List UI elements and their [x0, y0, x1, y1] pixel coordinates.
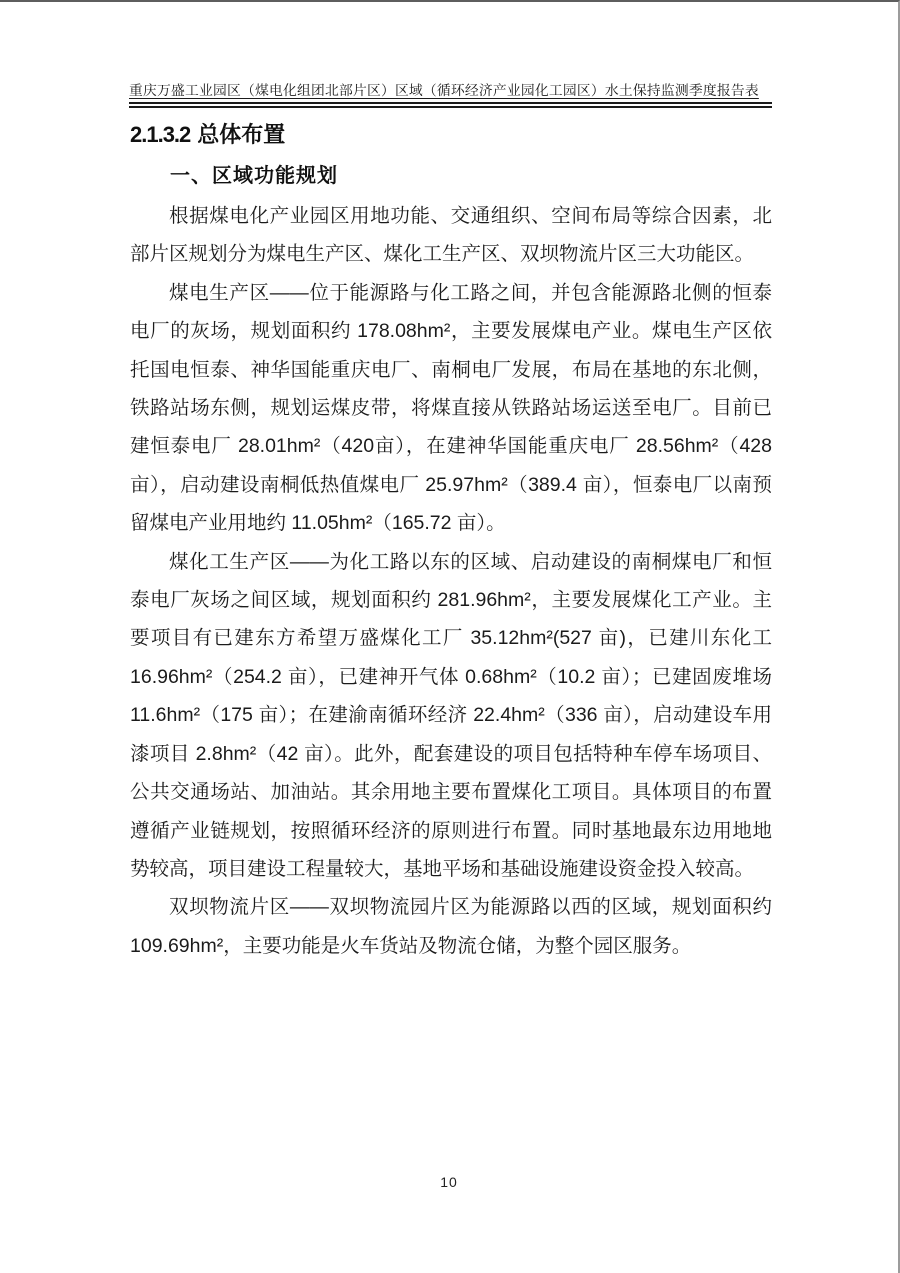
paragraph-shuangba-logistics-zone: 双坝物流片区——双坝物流园片区为能源路以西的区域，规划面积约 109.69hm²… — [130, 888, 772, 965]
header-double-rule — [129, 102, 772, 108]
document-body: 2.1.3.2总体布置 一、区域功能规划 根据煤电化产业园区用地功能、交通组织、… — [130, 121, 772, 965]
section-heading: 2.1.3.2总体布置 — [130, 121, 772, 149]
page-header: 重庆万盛工业园区（煤电化组团北部片区）区域（循环经济产业园化工园区）水土保持监测… — [129, 79, 772, 108]
paragraph-coal-chemical-zone: 煤化工生产区——为化工路以东的区域、启动建设的南桐煤电厂和恒泰电厂灰场之间区域，… — [130, 543, 772, 889]
header-title: 重庆万盛工业园区（煤电化组团北部片区）区域（循环经济产业园化工园区）水土保持监测… — [129, 79, 759, 99]
section-number: 2.1.3.2 — [130, 122, 190, 147]
document-page: 重庆万盛工业园区（煤电化组团北部片区）区域（循环经济产业园化工园区）水土保持监测… — [0, 0, 900, 1273]
page-number: 10 — [440, 1174, 458, 1190]
paragraph-coal-power-zone: 煤电生产区——位于能源路与化工路之间，并包含能源路北侧的恒泰电厂的灰场，规划面积… — [130, 274, 772, 543]
paragraph-region-function-overview: 根据煤电化产业园区用地功能、交通组织、空间布局等综合因素，北部片区规划分为煤电生… — [130, 197, 772, 274]
section-title: 总体布置 — [197, 122, 285, 147]
subsection-heading: 一、区域功能规划 — [130, 163, 772, 189]
page-footer: 10 — [0, 1174, 898, 1192]
